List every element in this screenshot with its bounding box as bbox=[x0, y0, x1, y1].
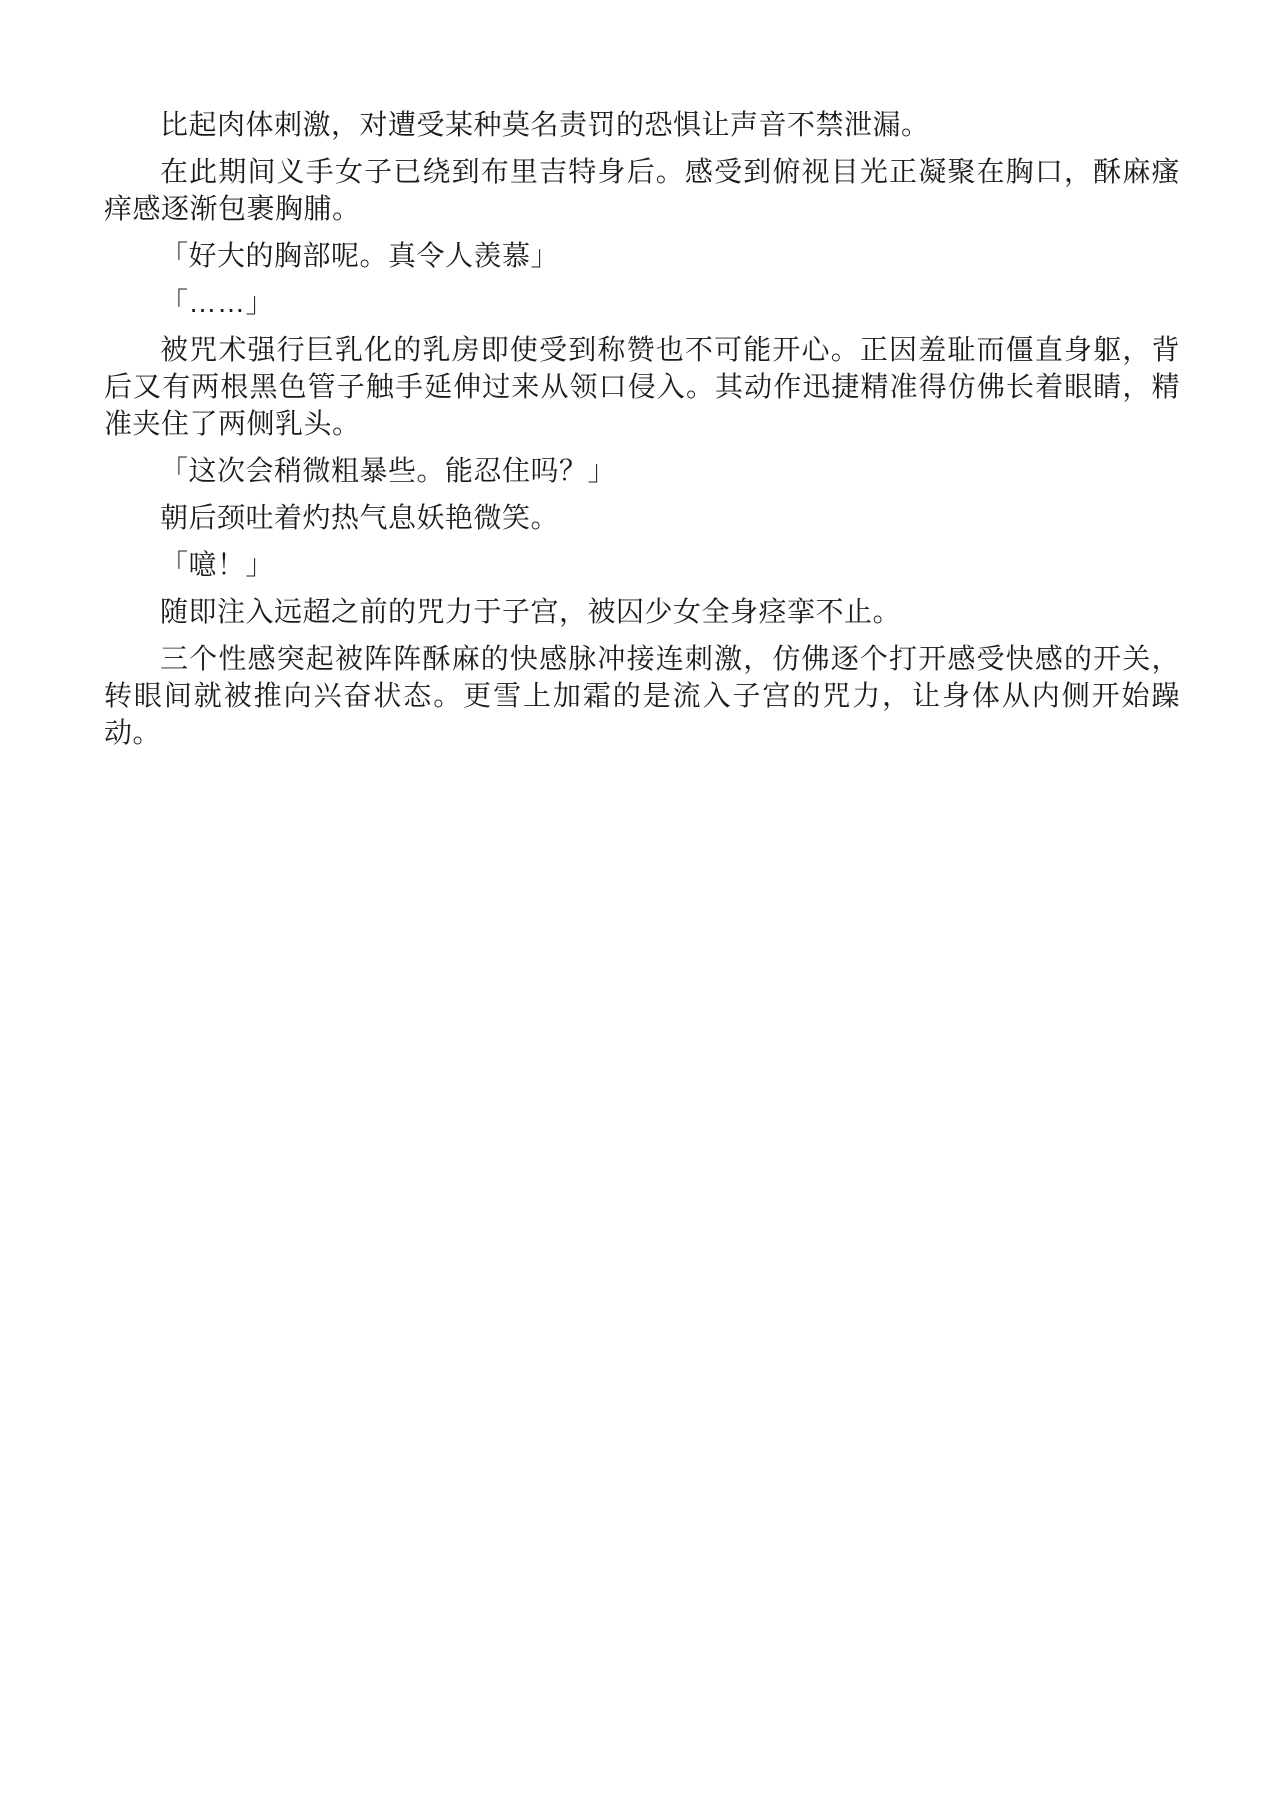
document-page: 比起肉体刺激，对遭受某种莫名责罚的恐惧让声音不禁泄漏。 在此期间义手女子已绕到布… bbox=[0, 0, 1280, 1808]
paragraph-dialogue-3: 「这次会稍微粗暴些。能忍住吗？」 bbox=[104, 452, 1180, 489]
text-block: 比起肉体刺激，对遭受某种莫名责罚的恐惧让声音不禁泄漏。 在此期间义手女子已绕到布… bbox=[104, 106, 1180, 751]
paragraph-narration-3: 被咒术强行巨乳化的乳房即使受到称赞也不可能开心。正因羞耻而僵直身躯，背后又有两根… bbox=[104, 331, 1180, 442]
paragraph-narration-2: 在此期间义手女子已绕到布里吉特身后。感受到俯视目光正凝聚在胸口，酥麻瘙痒感逐渐包… bbox=[104, 153, 1180, 227]
page: { "style": { "background_color": "#fffff… bbox=[0, 0, 1280, 1808]
paragraph-narration-1: 比起肉体刺激，对遭受某种莫名责罚的恐惧让声音不禁泄漏。 bbox=[104, 106, 1180, 143]
paragraph-dialogue-1: 「好大的胸部呢。真令人羡慕」 bbox=[104, 237, 1180, 274]
paragraph-dialogue-4: 「噫！」 bbox=[104, 546, 1180, 583]
paragraph-narration-6: 三个性感突起被阵阵酥麻的快感脉冲接连刺激，仿佛逐个打开感受快感的开关，转眼间就被… bbox=[104, 640, 1180, 751]
paragraph-narration-5: 随即注入远超之前的咒力于子宫，被囚少女全身痉挛不止。 bbox=[104, 593, 1180, 630]
paragraph-dialogue-2: 「……」 bbox=[104, 284, 1180, 321]
paragraph-narration-4: 朝后颈吐着灼热气息妖艳微笑。 bbox=[104, 499, 1180, 536]
